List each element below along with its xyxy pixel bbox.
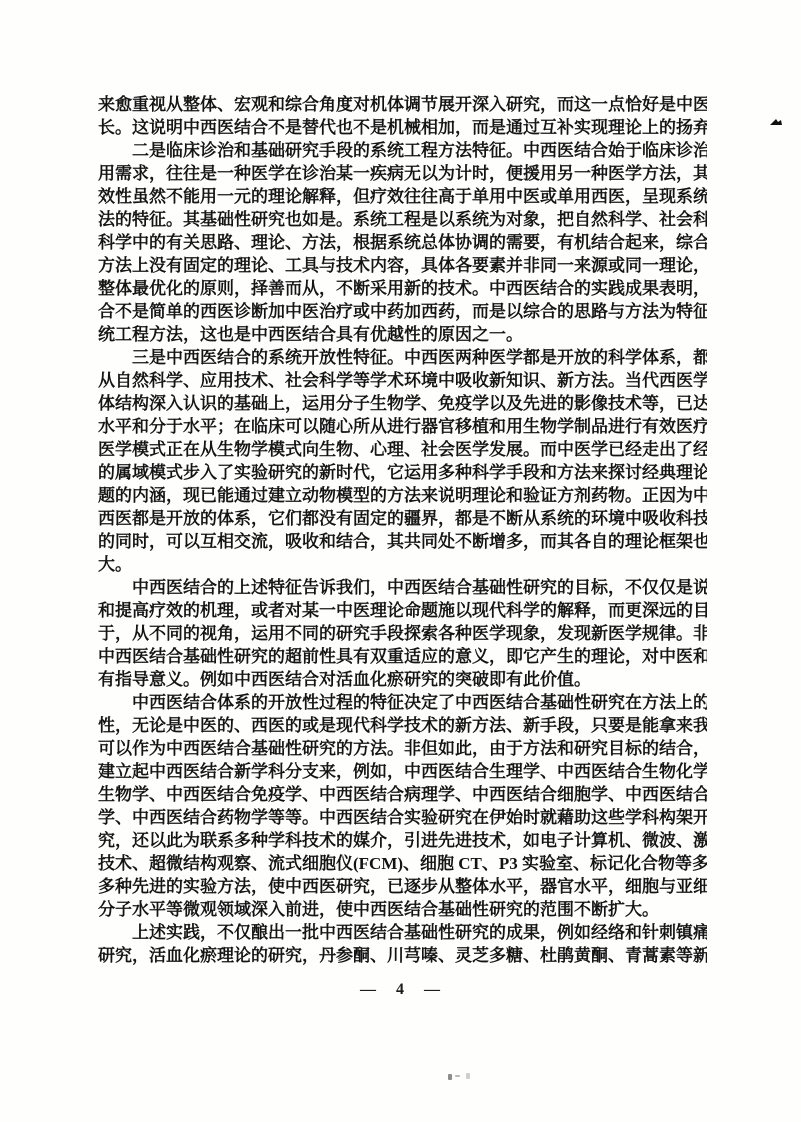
text-line: 长。这说明中西医结合不是替代也不是机械相加，而是通过互补实现理论上的扬弃创新。 [98, 116, 707, 139]
text-line: 上述实践，不仅酿出一批中西医结合基础性研究的成果，例如经络和针刺镇痛理论的 [98, 921, 707, 944]
text-line: 法的特征。其基础性研究也如是。系统工程是以系统为对象，把自然科学、社会科学等诸 [98, 208, 707, 231]
text-line: 的属域模式步入了实验研究的新时代，它运用多种科学手段和方法来探讨经典理论各命 [98, 461, 707, 484]
text-line: 学、中西医结合药物学等等。中西医结合实验研究在伊始时就藉助这些学科构架开展研 [98, 806, 707, 829]
scan-smudge-icon [448, 1074, 452, 1080]
text-line: 二是临床诊治和基础研究手段的系统工程方法特征。中西医结合始于临床诊治的实 [98, 139, 707, 162]
scan-smudge-icon [455, 1075, 460, 1077]
paragraph: 二是临床诊治和基础研究手段的系统工程方法特征。中西医结合始于临床诊治的实用需求，… [98, 139, 707, 346]
paragraph: 中西医结合体系的开放性过程的特征决定了中西医结合基础性研究在方法上的丰富性，无论… [98, 691, 707, 921]
text-line: 中西医结合基础性研究的超前性具有双重适应的意义，即它产生的理论，对中医和西医都 [98, 645, 707, 668]
page-footer: — 4 — [0, 981, 801, 999]
text-line: 方法上没有固定的理论、工具与技术内容，具体各要素并非同一来源或同一理论，而是据 [98, 254, 707, 277]
text-line: 有指导意义。例如中西医结合对活血化瘀研究的突破即有此价值。 [98, 668, 707, 691]
text-line: 题的内涵，现已能通过建立动物模型的方法来说明理论和验证方剂药物。正因为中医和 [98, 484, 707, 507]
text-line: 三是中西医结合的系统开放性特征。中西医两种医学都是开放的科学体系，都不断 [98, 346, 707, 369]
text-line: 体结构深入认识的基础上，运用分子生物学、免疫学以及先进的影像技术等，已达到细胞 [98, 392, 707, 415]
text-line: 究，还以此为联系多种学科技术的媒介，引进先进技术，如电子计算机、微波、激光、r … [98, 829, 707, 852]
text-line: 用需求，往往是一种医学在诊治某一疾病无以为计时，便援用另一种医学方法，其临床有 [98, 162, 707, 185]
text-line: 可以作为中西医结合基础性研究的方法。非但如此，由于方法和研究目标的结合，甚至还 [98, 737, 707, 760]
text-line: 于，从不同的视角，运用不同的研究手段探索各种医学现象，发现新医学规律。非但如此， [98, 622, 707, 645]
text-line: 大。 [98, 553, 707, 576]
text-line: 医学模式正在从生物学模式向生物、心理、社会医学发展。而中医学已经走出了经验医学 [98, 438, 707, 461]
document-page: 来愈重视从整体、宏观和综合角度对机体调节展开深入研究，而这一点恰好是中医之所长。… [0, 0, 801, 1122]
text-line: 效性虽然不能用一元的理论解释，但疗效往往高于单用中医或单用西医，呈现系统工程方 [98, 185, 707, 208]
text-line: 水平和分于水平；在临床可以随心所从进行器官移植和用生物学制品进行有效医疗；而其 [98, 415, 707, 438]
text-line: 和提高疗效的机理，或者对某一中医理论命题施以现代科学的解释，而更深远的目标在 [98, 599, 707, 622]
text-line: 合不是简单的西医诊断加中医治疗或中药加西药，而是以综合的思路与方法为特征的系 [98, 300, 707, 323]
text-line: 科学中的有关思路、理论、方法，根据系统总体协调的需要，有机结合起来，综合运用。在 [98, 231, 707, 254]
scan-smudge-icon [466, 1073, 470, 1079]
text-line: 西医都是开放的体系，它们都没有固定的疆界，都是不断从系统的环境中吸收科技新信息 [98, 507, 707, 530]
text-line: 建立起中西医结合新学科分支来，例如，中西医结合生理学、中西医结合生物化学及分子 [98, 760, 707, 783]
text-line: 统工程方法，这也是中西医结合具有优越性的原因之一。 [98, 323, 707, 346]
text-line: 研究，活血化瘀理论的研究，丹参酮、川芎嗪、灵芝多糖、杜鹃黄酮、青蒿素等新型药物的… [98, 944, 707, 967]
text-line: 技术、超微结构观察、流式细胞仪(FCM)、细胞 CT、P3 实验室、标记化合物等… [98, 852, 707, 875]
text-line: 分子水平等微观领域深入前进，使中西医结合基础性研究的范围不断扩大。 [98, 898, 707, 921]
text-line: 多种先进的实验方法，使中西医研究，已逐步从整体水平，器官水平，细胞与亚细胞水平向 [98, 875, 707, 898]
text-line: 中西医结合体系的开放性过程的特征决定了中西医结合基础性研究在方法上的丰富 [98, 691, 707, 714]
page-number: — 4 — [360, 981, 441, 998]
text-line: 的同时，可以互相交流，吸收和结合，其共同处不断增多，而其各自的理论框架也不断扩 [98, 530, 707, 553]
text-line: 性，无论是中医的、西医的或是现代科学技术的新方法、新手段，只要是能拿来我用者，都 [98, 714, 707, 737]
body-text: 来愈重视从整体、宏观和综合角度对机体调节展开深入研究，而这一点恰好是中医之所长。… [98, 93, 707, 967]
text-line: 从自然科学、应用技术、社会科学等学术环境中吸收新知识、新方法。当代西医学在对人 [98, 369, 707, 392]
paragraph: 中西医结合的上述特征告诉我们，中西医结合基础性研究的目标，不仅仅是说清治病和提高… [98, 576, 707, 691]
text-line: 生物学、中西医结合免疫学、中西医结合病理学、中西医结合细胞学、中西医结合医学工程 [98, 783, 707, 806]
text-line: 中西医结合的上述特征告诉我们，中西医结合基础性研究的目标，不仅仅是说清治病 [98, 576, 707, 599]
text-line: 整体最优化的原则，择善而从，不断采用新的技术。中西医结合的实践成果表明，此种结 [98, 277, 707, 300]
paragraph: 三是中西医结合的系统开放性特征。中西医两种医学都是开放的科学体系，都不断从自然科… [98, 346, 707, 576]
text-line: 来愈重视从整体、宏观和综合角度对机体调节展开深入研究，而这一点恰好是中医之所 [98, 93, 707, 116]
ink-blot-artifact [769, 116, 783, 128]
paragraph: 上述实践，不仅酿出一批中西医结合基础性研究的成果，例如经络和针刺镇痛理论的研究，… [98, 921, 707, 967]
paragraph: 来愈重视从整体、宏观和综合角度对机体调节展开深入研究，而这一点恰好是中医之所长。… [98, 93, 707, 139]
